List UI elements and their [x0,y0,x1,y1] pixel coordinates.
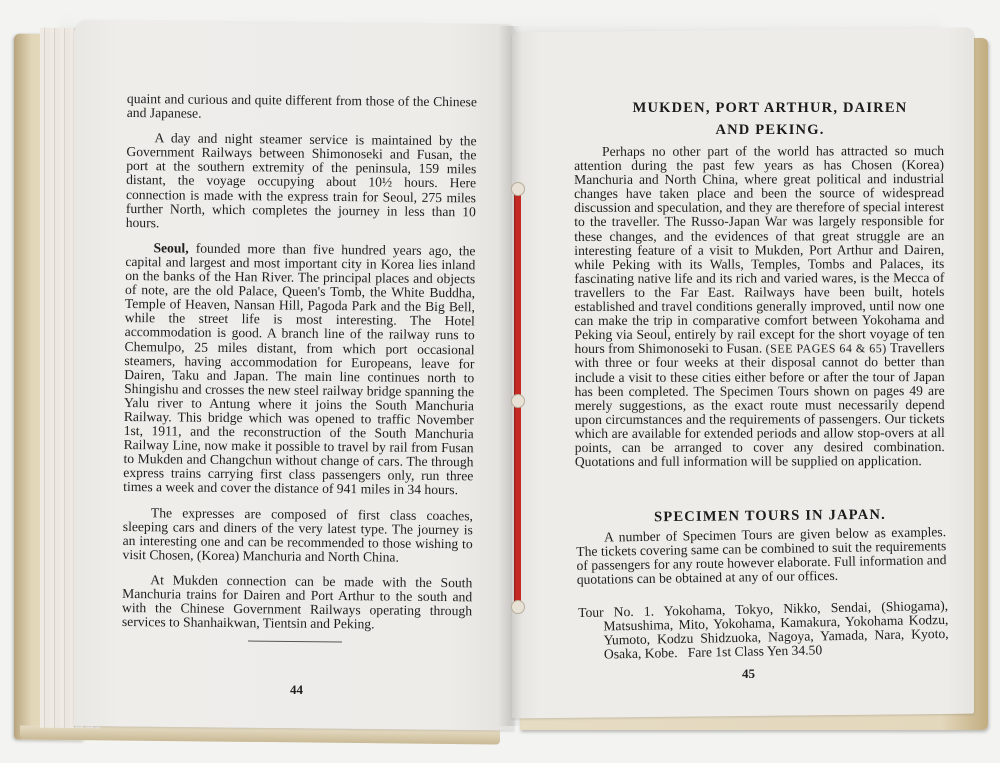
paragraph-mukden-connection: At Mukden connection can be made with th… [122,573,473,633]
paragraph-intro: Perhaps no other part of the world has a… [574,144,945,469]
paragraph-tours-intro: A number of Specimen Tours are given bel… [576,525,947,587]
paragraph-seoul: Seoul, founded more than five hundred ye… [123,241,475,498]
page-number-right: 45 [742,666,755,682]
seoul-text: founded more than five hundred years ago… [123,240,475,497]
paragraph-expresses: The expresses are composed of first clas… [122,506,473,566]
tour-entry: Tour No. 1. Yokohama, Tokyo, Nikko, Send… [578,599,949,662]
page-heading-line1: MUKDEN, PORT ARTHUR, DAIREN [600,100,940,117]
intro-text-continued: Travellers with three or four weeks at t… [575,340,945,469]
tour-fare: Fare 1st Class Yen 34.50 [688,642,823,660]
paragraph-continuation: quaint and curious and quite different f… [127,92,477,124]
intro-text: Perhaps no other part of the world has a… [574,143,944,356]
left-page-body: quaint and curious and quite different f… [122,92,477,644]
specimen-tours-heading: SPECIMEN TOURS IN JAPAN. [600,506,940,527]
tour-route: Tour No. 1. Yokohama, Tokyo, Nikko, Send… [578,599,949,662]
seoul-lead: Seoul, [153,240,188,255]
binding-knot-middle [511,394,525,408]
tours-intro-body: A number of Specimen Tours are given bel… [576,525,947,598]
paragraph-steamer-service: A day and night steamer service is maint… [126,131,477,233]
page-number-left: 44 [290,682,303,698]
right-page-body: Perhaps no other part of the world has a… [574,144,945,480]
page-heading-line2: AND PEKING. [600,122,940,139]
binding-knot-top [511,182,525,196]
binding-knot-bottom [511,600,525,614]
